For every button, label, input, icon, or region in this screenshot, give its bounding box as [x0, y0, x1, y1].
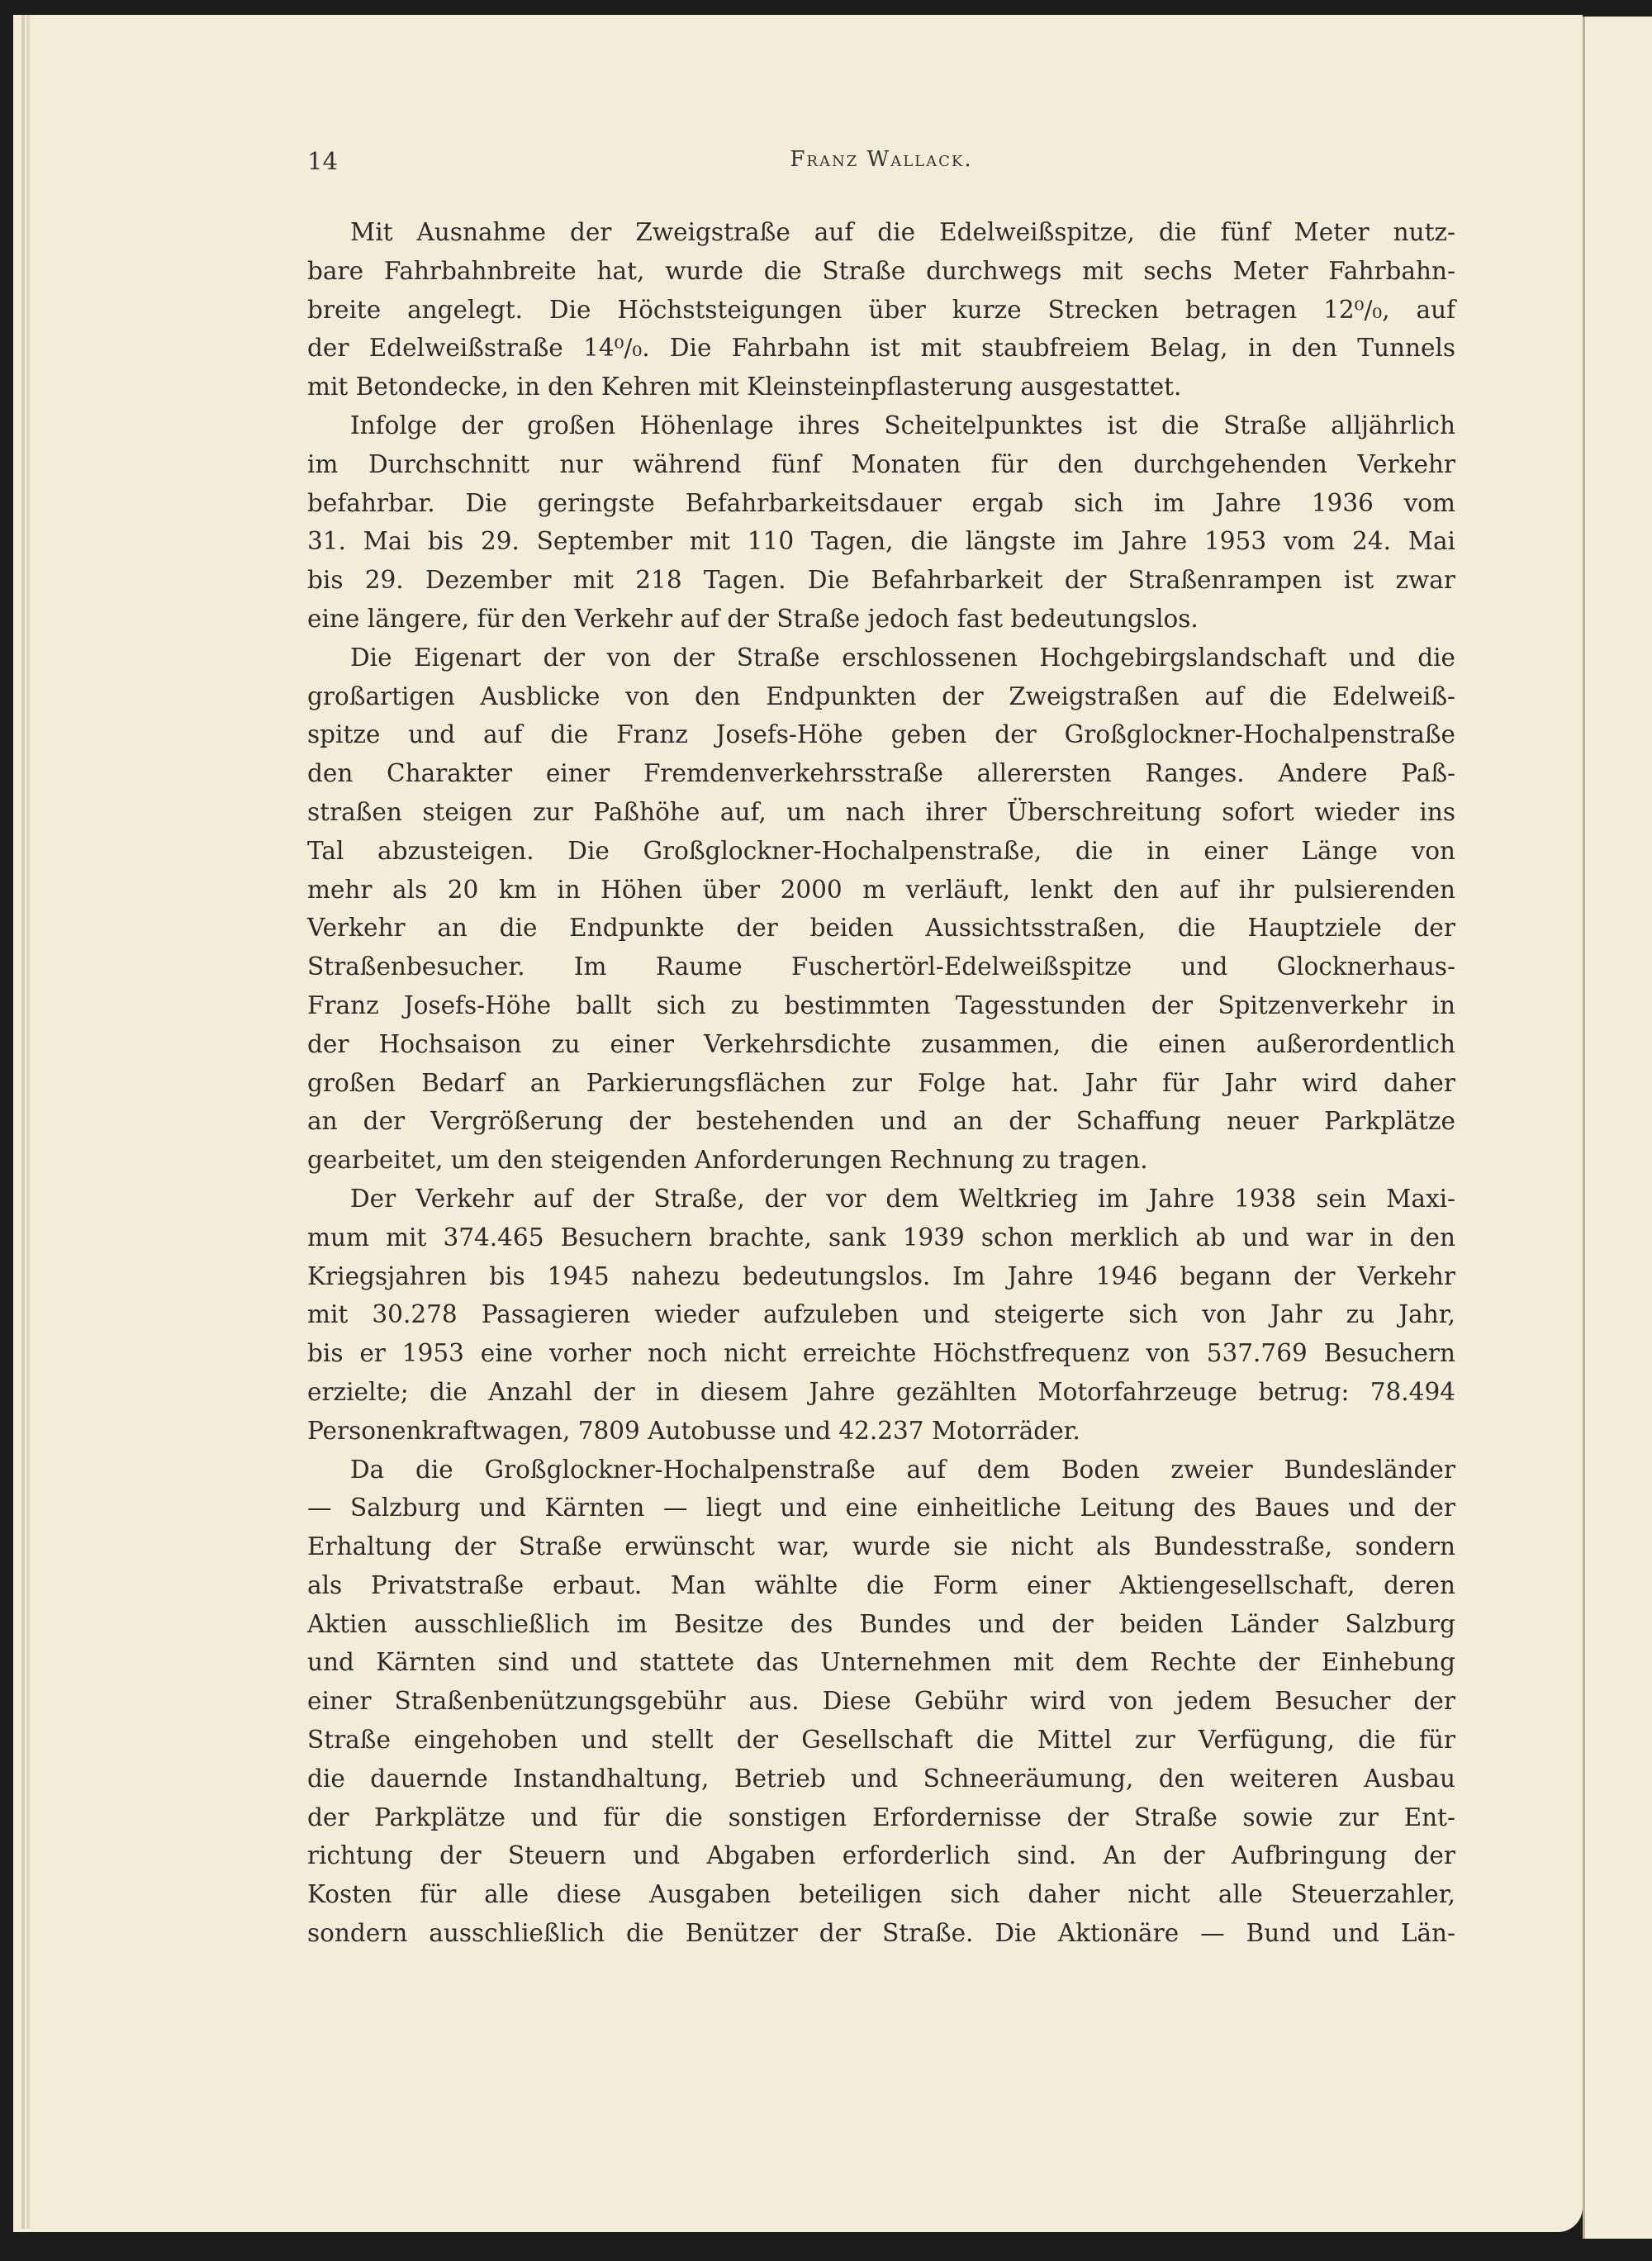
text-line: bis 29. Dezember mit 218 Tagen. Die Befa…: [307, 561, 1455, 600]
text-line: als Privatstraße erbaut. Man wählte die …: [307, 1566, 1455, 1605]
running-title: Franz Wallack.: [307, 147, 1455, 172]
paragraph: Der Verkehr auf der Straße, der vor dem …: [307, 1180, 1455, 1451]
text-line: und Kärnten sind und stattete das Untern…: [307, 1643, 1455, 1682]
text-line: die dauernde Instandhaltung, Betrieb und…: [307, 1760, 1455, 1798]
text-line: Verkehr an die Endpunkte der beiden Auss…: [307, 909, 1455, 948]
text-line: großartigen Ausblicke von den Endpunkten…: [307, 677, 1455, 716]
text-line: mum mit 374.465 Besuchern brachte, sank …: [307, 1218, 1455, 1257]
text-line: spitze und auf die Franz Josefs-Höhe geb…: [307, 715, 1455, 754]
paragraph: Da die Großglockner-Hochalpenstraße auf …: [307, 1451, 1455, 1953]
text-line: Kosten für alle diese Ausgaben beteilige…: [307, 1875, 1455, 1914]
text-line: Franz Josefs-Höhe ballt sich zu bestimmt…: [307, 986, 1455, 1025]
text-line: Tal abzusteigen. Die Großglockner-Hochal…: [307, 832, 1455, 871]
page-edge: [21, 15, 25, 2229]
running-head: 14 Franz Wallack.: [307, 147, 1455, 180]
text-line: eine längere, für den Verkehr auf der St…: [307, 600, 1455, 639]
text-line: Mit Ausnahme der Zweigstraße auf die Ede…: [307, 213, 1455, 252]
text-line: bare Fahrbahnbreite hat, wurde die Straß…: [307, 252, 1455, 291]
text-line: Personenkraftwagen, 7809 Autobusse und 4…: [307, 1412, 1455, 1451]
text-line: breite angelegt. Die Höchststeigungen üb…: [307, 291, 1455, 330]
text-line: Die Eigenart der von der Straße erschlos…: [307, 639, 1455, 677]
text-line: befahrbar. Die geringste Befahrbarkeitsd…: [307, 484, 1455, 523]
text-line: mit 30.278 Passagieren wieder aufzuleben…: [307, 1295, 1455, 1334]
text-line: Straßenbesucher. Im Raume Fuschertörl-Ed…: [307, 948, 1455, 986]
text-line: im Durchschnitt nur während fünf Monaten…: [307, 445, 1455, 484]
text-line: Infolge der großen Höhenlage ihres Schei…: [307, 406, 1455, 445]
text-line: — Salzburg und Kärnten — liegt und eine …: [307, 1489, 1455, 1527]
paragraph: Die Eigenart der von der Straße erschlos…: [307, 639, 1455, 1180]
text-line: einer Straßenbenützungsgebühr aus. Diese…: [307, 1682, 1455, 1721]
text-line: mehr als 20 km in Höhen über 2000 m verl…: [307, 871, 1455, 910]
text-line: Kriegsjahren bis 1945 nahezu bedeutungsl…: [307, 1257, 1455, 1296]
text-line: großen Bedarf an Parkierungsflächen zur …: [307, 1064, 1455, 1103]
text-line: der Edelweißstraße 14⁰/₀. Die Fahrbahn i…: [307, 329, 1455, 368]
text-line: der Hochsaison zu einer Verkehrsdichte z…: [307, 1025, 1455, 1064]
text-line: Erhaltung der Straße erwünscht war, wurd…: [307, 1527, 1455, 1566]
body-text: Mit Ausnahme der Zweigstraße auf die Ede…: [307, 213, 1455, 1953]
text-line: mit Betondecke, in den Kehren mit Kleins…: [307, 368, 1455, 406]
text-line: der Parkplätze und für die sonstigen Erf…: [307, 1798, 1455, 1837]
text-line: straßen steigen zur Paßhöhe auf, um nach…: [307, 793, 1455, 832]
paragraph: Mit Ausnahme der Zweigstraße auf die Ede…: [307, 213, 1455, 406]
text-line: richtung der Steuern und Abgaben erforde…: [307, 1836, 1455, 1875]
text-line: bis er 1953 eine vorher noch nicht errei…: [307, 1334, 1455, 1373]
text-line: sondern ausschließlich die Benützer der …: [307, 1914, 1455, 1953]
text-line: erzielte; die Anzahl der in diesem Jahre…: [307, 1373, 1455, 1412]
text-line: den Charakter einer Fremdenverkehrsstraß…: [307, 754, 1455, 793]
text-line: an der Vergrößerung der bestehenden und …: [307, 1102, 1455, 1141]
page-edge: [26, 15, 30, 2229]
text-line: gearbeitet, um den steigenden Anforderun…: [307, 1141, 1455, 1180]
adjacent-page-strip: [1583, 17, 1652, 2239]
text-line: Da die Großglockner-Hochalpenstraße auf …: [307, 1451, 1455, 1489]
text-line: 31. Mai bis 29. September mit 110 Tagen,…: [307, 522, 1455, 561]
text-line: Der Verkehr auf der Straße, der vor dem …: [307, 1180, 1455, 1218]
paragraph: Infolge der großen Höhenlage ihres Schei…: [307, 406, 1455, 639]
text-line: Aktien ausschließlich im Besitze des Bun…: [307, 1605, 1455, 1644]
text-line: Straße eingehoben und stellt der Gesells…: [307, 1721, 1455, 1760]
